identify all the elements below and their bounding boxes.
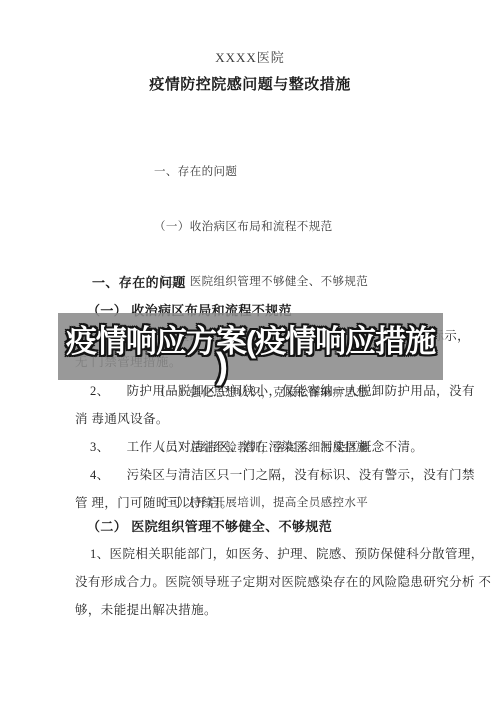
paragraph-line: 1、医院相关职能部门，如医务、护理、院感、预防保健科分散管理，: [90, 544, 484, 562]
hospital-name: XXXX医院: [0, 47, 500, 66]
paragraph-line: 3、工作人员对清洁区、潜在污染区、污染区概念不清。: [90, 437, 423, 455]
paragraph-line: 2、防护用品脱卸区空间狭小，仅能容纳一人脱卸防护用品，没有: [90, 381, 475, 399]
paragraph-line: 够，未能提出解决措施。: [75, 600, 217, 618]
toc-item: 一、存在的问题: [154, 163, 368, 181]
watermark-text-line1: 疫情响应方案(疫情响应措施: [58, 316, 443, 361]
document-title: 疫情防控院感问题与整改措施: [0, 73, 500, 94]
toc-item: （一）收治病区布局和流程不规范: [154, 218, 368, 236]
paragraph-text: 防护用品脱卸区空间狭小，仅能容纳一人脱卸防护用品，没有: [127, 384, 475, 398]
toc-item: （二）医院组织管理不够健全、不够规范: [154, 273, 368, 291]
paragraph-line: 消 毒通风设备。: [75, 409, 169, 427]
paragraph-text: 污染区与清洁区只一门之隔，没有标识、没有警示，没有门禁: [127, 468, 475, 482]
list-number: 2、: [90, 381, 110, 399]
subsection-heading: （二） 医院组织管理不够健全、不够规范: [87, 516, 332, 535]
paragraph-text: 工作人员对清洁区、潜在污染区、污染区概念不清。: [127, 440, 424, 454]
document-page: XXXX医院 疫情防控院感问题与整改措施 一、存在的问题 （一）收治病区布局和流…: [0, 0, 500, 707]
paragraph-line: 4、污染区与清洁区只一门之隔，没有标识、没有警示，没有门禁: [90, 465, 475, 483]
paragraph-line: 管 理，门可随时可以开启。: [75, 493, 233, 511]
list-number: 3、: [90, 437, 110, 455]
paragraph-line: 没有形成合力。医院领导班子定期对医院感染存在的风险隐患研究分析 不: [75, 572, 491, 590]
list-number: 4、: [90, 465, 110, 483]
section-heading: 一、存在的问题: [92, 272, 186, 291]
watermark-text-line2: ): [216, 345, 228, 387]
